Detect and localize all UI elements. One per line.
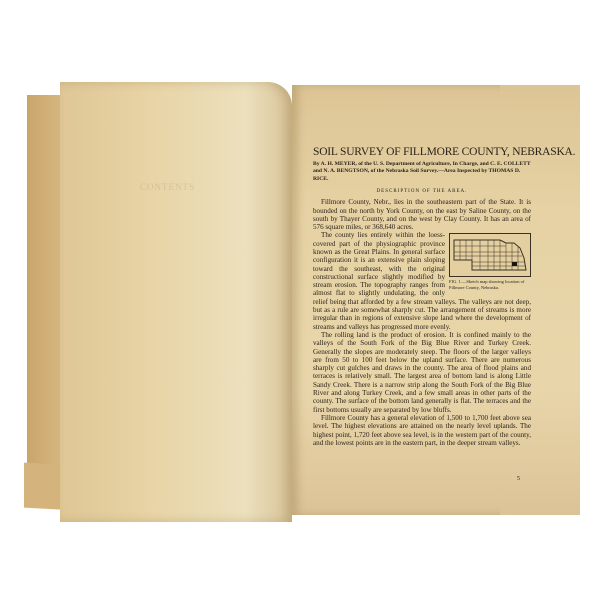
document-title: SOIL SURVEY OF FILLMORE COUNTY, NEBRASKA… [313,146,531,158]
paragraph-rolling-land: The rolling land is the product of erosi… [313,331,531,414]
figure-sketch-map: FIG. 1.—Sketch map showing location of F… [449,233,531,290]
nebraska-map-icon [449,233,531,277]
paragraph-elevation: Fillmore County has a general elevation … [313,414,531,447]
paragraph-location: Fillmore County, Nebr., lies in the sout… [313,198,531,231]
author-byline: By A. H. MEYER, of the U. S. Department … [313,161,531,183]
left-page: CONTENTS [60,82,292,522]
fillmore-county-marker [512,262,517,266]
page-number: 5 [517,476,520,482]
section-heading: DESCRIPTION OF THE AREA. [313,189,531,194]
figure-caption: FIG. 1.—Sketch map showing location of F… [449,279,531,290]
left-page-show-through-text: CONTENTS [140,182,195,192]
right-page-text: SOIL SURVEY OF FILLMORE COUNTY, NEBRASKA… [313,146,531,447]
